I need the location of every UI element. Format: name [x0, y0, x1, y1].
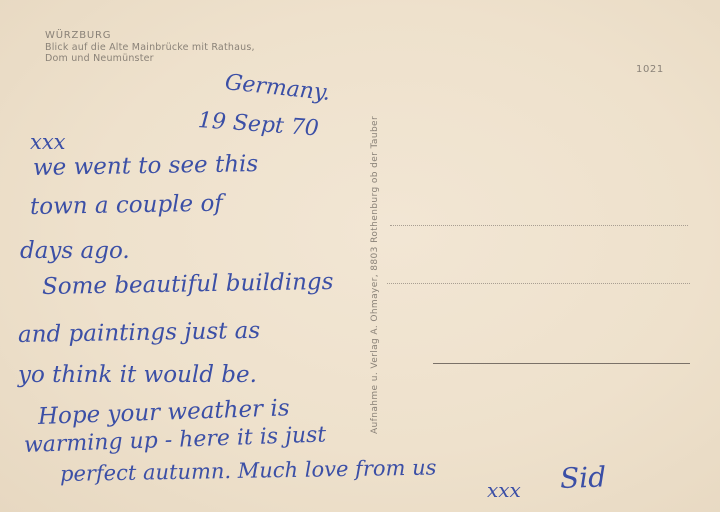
handwritten-line-9: perfect autumn. Much love from us — [60, 455, 437, 486]
handwritten-line-5: and paintings just as — [18, 318, 261, 348]
printed-caption: WÜRZBURG Blick auf die Alte Mainbrücke m… — [45, 30, 255, 65]
handwritten-line-4: Some beautiful buildings — [42, 269, 334, 300]
address-line-2 — [387, 283, 690, 284]
handwritten-place: Germany. — [224, 70, 332, 106]
caption-line-1: Blick auf die Alte Mainbrücke mit Rathau… — [45, 42, 255, 54]
handwritten-date: 19 Sept 70 — [197, 108, 319, 141]
address-line-1 — [390, 225, 688, 226]
handwritten-signature: Sid — [559, 460, 606, 495]
handwritten-line-2: town a couple of — [30, 191, 223, 220]
address-line-3 — [433, 363, 690, 364]
handwritten-line-3: days ago. — [20, 238, 130, 264]
handwritten-kisses-signoff: xxx — [487, 478, 521, 502]
handwritten-line-1: we went to see this — [33, 151, 259, 181]
handwritten-kisses-top: xxx — [30, 130, 66, 154]
stamp-area — [600, 25, 695, 145]
publisher-credit: Aufnahme u. Verlag A. Ohmayer, 8803 Roth… — [370, 116, 380, 434]
postcard-back: WÜRZBURG Blick auf die Alte Mainbrücke m… — [0, 0, 720, 512]
caption-line-2: Dom und Neumünster — [45, 53, 255, 65]
caption-title: WÜRZBURG — [45, 30, 255, 42]
handwritten-line-6: yo think it would be. — [18, 362, 257, 388]
